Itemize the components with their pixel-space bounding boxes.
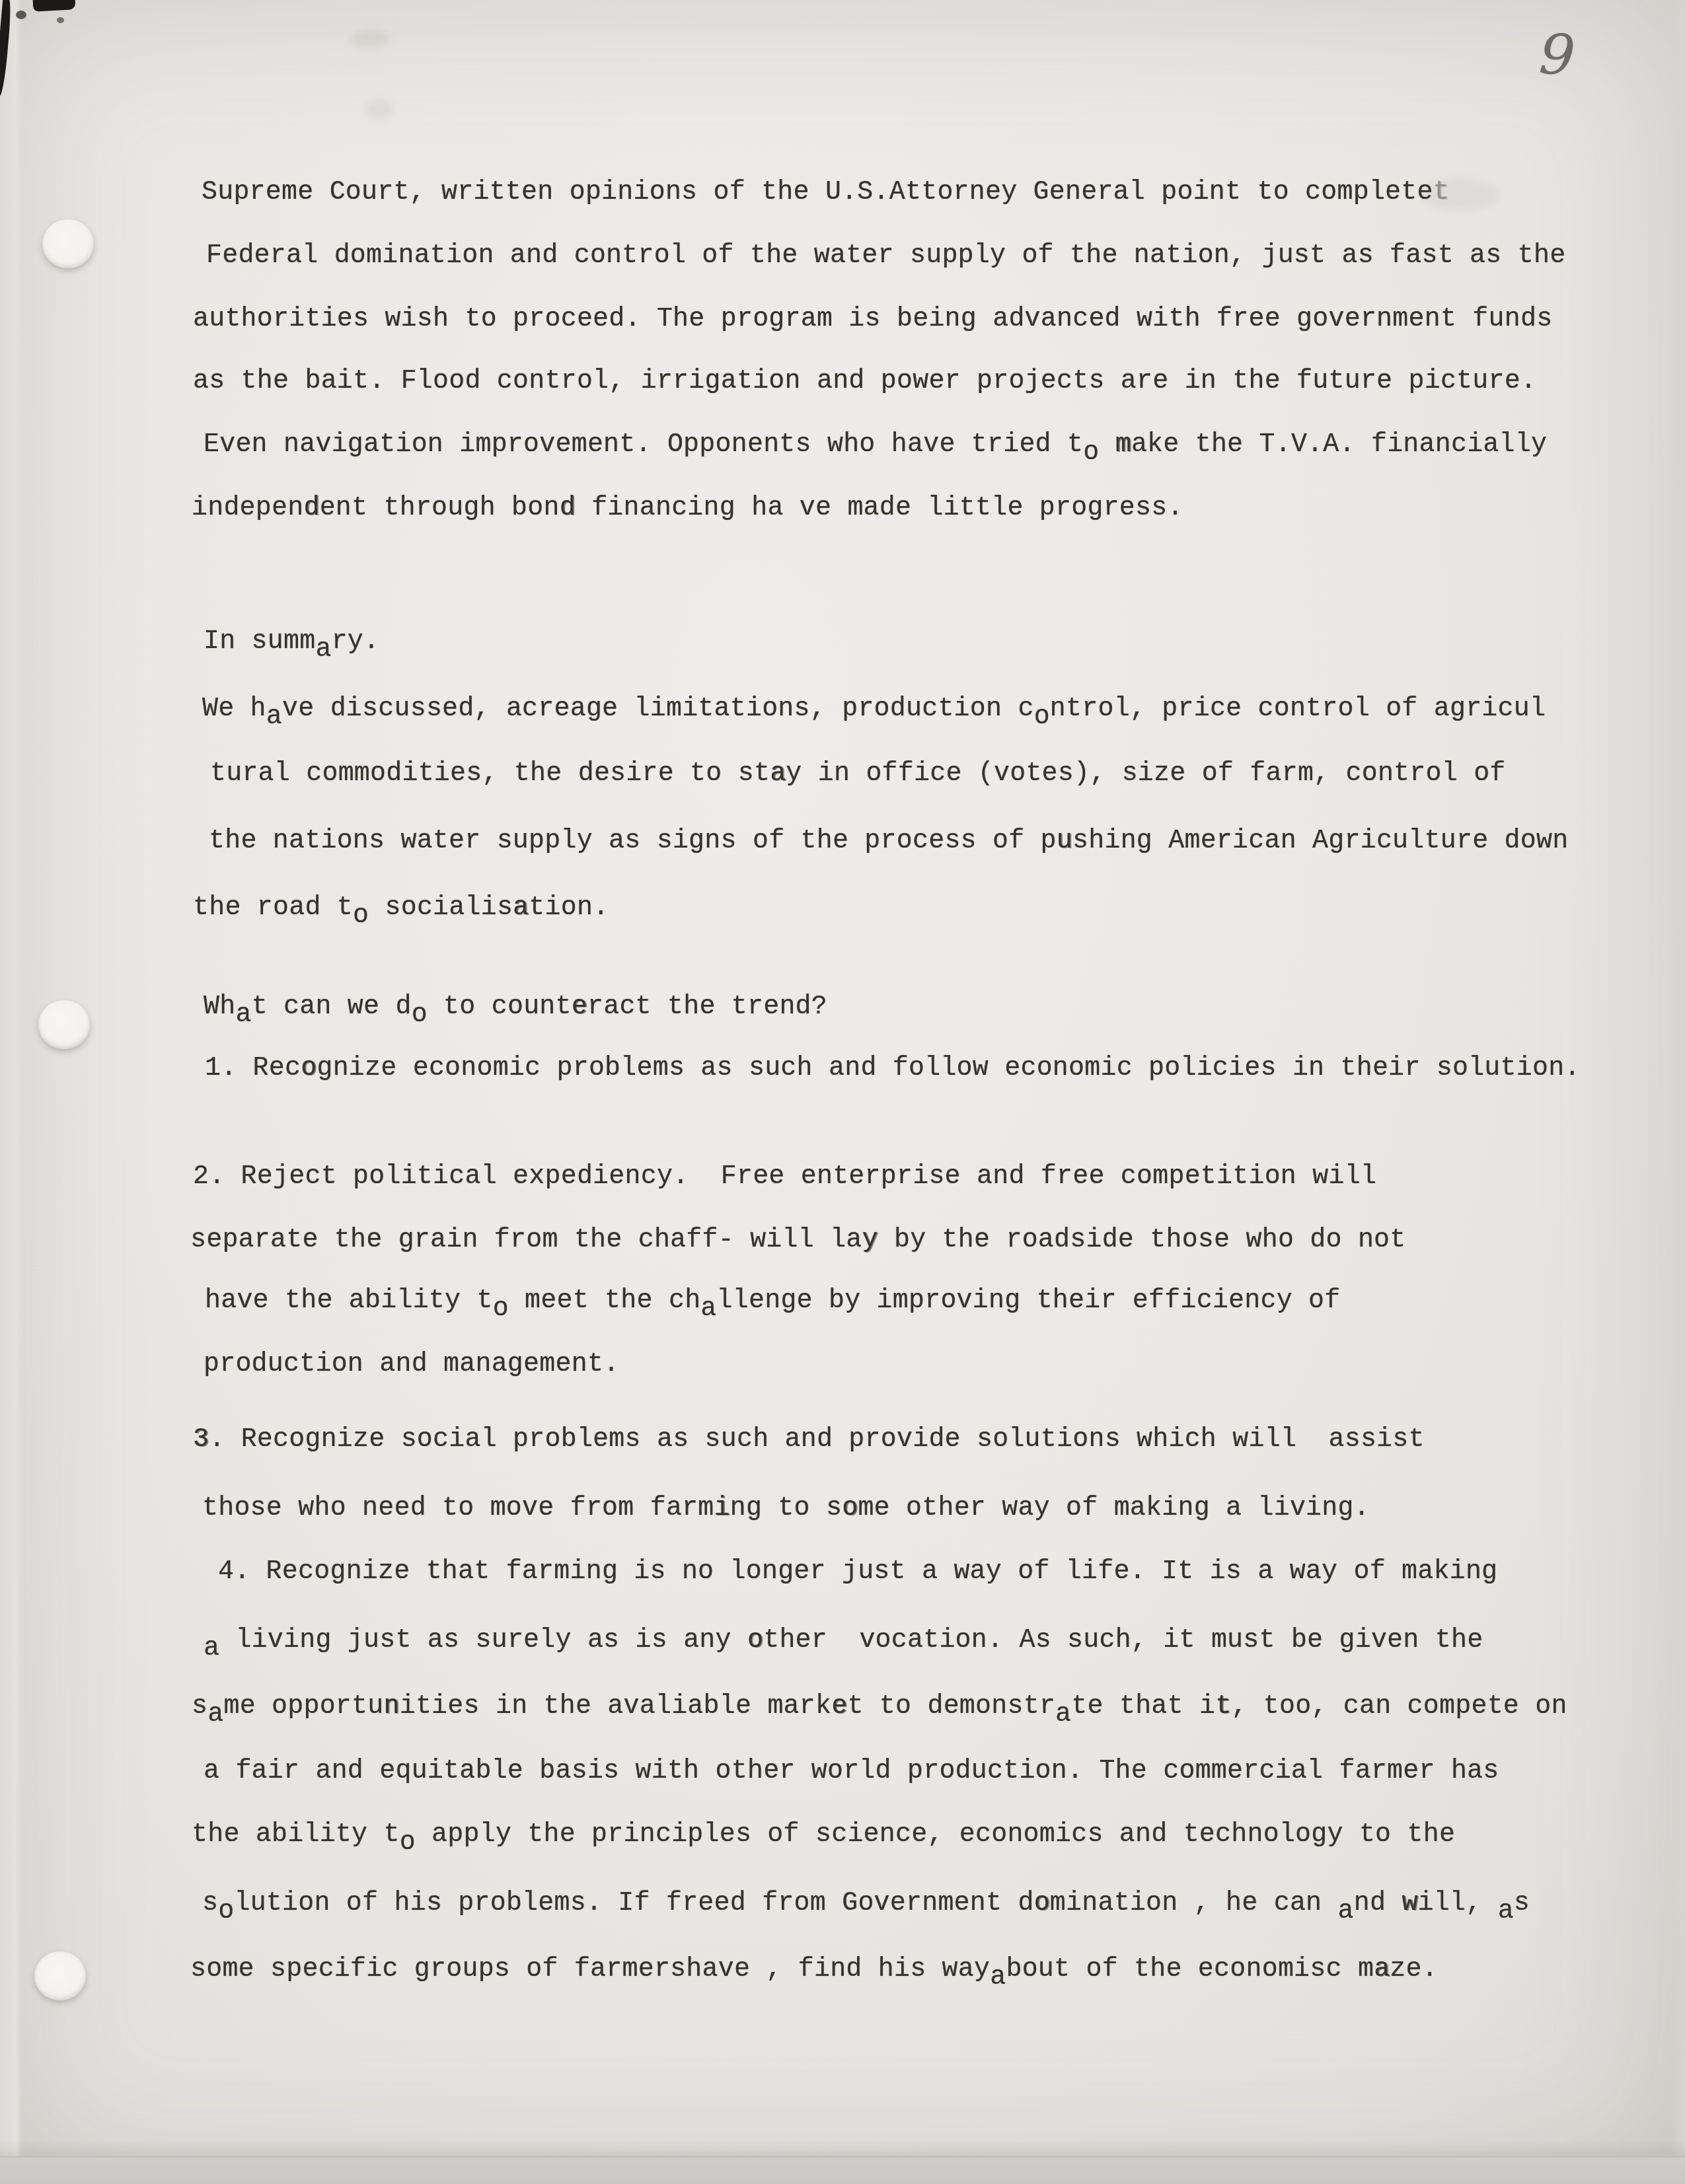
text-segment: apply the principles of science, economi… — [416, 1820, 1455, 1850]
text-segment: o — [218, 1897, 234, 1926]
text-segment: bout of the economisc m — [1006, 1955, 1374, 1984]
document-line: as the bait. Flood control, irrigation a… — [193, 369, 1536, 395]
text-segment: the nations water supply as signs of the… — [209, 826, 1057, 856]
text-segment: Wh — [204, 992, 235, 1022]
text-segment: o — [842, 1494, 858, 1523]
text-segment: ill, — [1418, 1889, 1498, 1918]
text-segment: indepen — [192, 493, 303, 523]
paper-right-edge-shadow — [1670, 0, 1685, 2184]
text-segment: socialis — [369, 893, 513, 923]
document-line: What can we do to counteract the trend? — [204, 994, 827, 1021]
text-segment: . Recognize social problems as such and … — [209, 1425, 1425, 1455]
text-segment: a fair and equitable basis with other wo… — [204, 1757, 1499, 1786]
text-segment: s — [202, 1889, 218, 1918]
document-line: In summary. — [204, 629, 379, 655]
document-line: some specific groups of farmershave , fi… — [190, 1957, 1438, 1983]
paper-left-edge-shadow — [0, 0, 22, 2184]
text-segment: the ability t — [192, 1820, 400, 1850]
text-segment: Supreme Court, written opinions of the U… — [202, 178, 1433, 207]
text-segment: d — [560, 493, 576, 523]
text-segment: o — [1034, 1889, 1050, 1918]
punch-hole — [42, 219, 94, 268]
text-segment: e — [572, 992, 587, 1022]
text-segment: those who need to move from farm — [202, 1494, 714, 1523]
text-segment: to count — [428, 992, 572, 1022]
document-line: authorities wish to proceed. The program… — [193, 307, 1552, 333]
text-segment: some specific groups of farmershave , fi… — [190, 1955, 990, 1984]
document-line: solution of his problems. If freed from … — [202, 1891, 1530, 1917]
text-segment: by the roadside those who do not — [878, 1225, 1406, 1255]
document-line: a living just as surely as is any other … — [204, 1628, 1483, 1654]
document-line: same opportunities in the avaliable mark… — [192, 1694, 1567, 1720]
text-segment: o — [1083, 438, 1099, 468]
document-line: have the ability to meet the challenge b… — [205, 1288, 1341, 1315]
text-segment: as the bait. Flood control, irrigation a… — [193, 367, 1536, 396]
text-segment: separate the grain from the chaff- will … — [190, 1225, 862, 1255]
text-segment: a — [204, 1634, 219, 1663]
text-segment: 3 — [193, 1425, 209, 1455]
text-segment: production and management. — [204, 1350, 619, 1379]
text-segment: o — [412, 1000, 428, 1030]
text-segment: nd — [1354, 1889, 1402, 1918]
document-line: 1. Recognize economic problems as such a… — [205, 1056, 1581, 1082]
text-segment: have the ability t — [205, 1286, 493, 1316]
text-segment: 4. Recognize that farming is no longer j… — [218, 1557, 1497, 1587]
text-segment: n — [383, 1692, 399, 1722]
text-segment: y — [862, 1225, 878, 1255]
text-segment: i — [714, 1494, 730, 1523]
punch-hole — [34, 1951, 86, 2000]
text-segment: te that i — [1071, 1692, 1215, 1722]
text-segment: a — [235, 1000, 251, 1030]
text-segment: ng to s — [730, 1494, 842, 1523]
text-segment: financing ha ve made little progress. — [576, 493, 1183, 523]
text-segment: living just as surely as is any — [219, 1626, 747, 1656]
text-segment: In summ — [204, 627, 315, 657]
corner-mark — [57, 17, 64, 23]
text-segment: o — [301, 1054, 317, 1083]
text-segment: a — [770, 759, 786, 789]
document-line: production and management. — [204, 1352, 619, 1378]
document-line: the nations water supply as signs of the… — [209, 828, 1568, 855]
text-segment: ities in the avaliable mark — [400, 1692, 832, 1722]
text-segment: 2. Reject political expediency. Free ent… — [193, 1162, 1376, 1192]
text-segment: We h — [202, 694, 266, 724]
document-line: the road to socialisation. — [193, 895, 609, 922]
document-line: Supreme Court, written opinions of the U… — [202, 180, 1449, 206]
text-segment: a — [315, 635, 331, 665]
text-segment: s — [192, 1692, 207, 1722]
document-line: a fair and equitable basis with other wo… — [204, 1759, 1499, 1785]
text-segment: , too, can compete on — [1231, 1692, 1567, 1722]
text-segment: o — [747, 1626, 763, 1656]
text-segment: me other way of making a living. — [858, 1494, 1370, 1523]
handwritten-page-number: 9 — [1538, 21, 1577, 88]
text-segment: o — [353, 901, 369, 931]
scan-bottom-band — [0, 2156, 1685, 2184]
text-segment: 1. Rec — [205, 1054, 301, 1083]
text-segment: shing American Agriculture down — [1072, 826, 1568, 856]
text-segment: a — [1498, 1897, 1514, 1926]
document-line: separate the grain from the chaff- will … — [190, 1227, 1406, 1254]
text-segment: gnize economic problems as such and foll… — [317, 1054, 1580, 1083]
text-segment: t — [1433, 178, 1449, 207]
text-segment: ther vocation. As such, it must be given… — [763, 1626, 1483, 1656]
document-line: We have discussed, acreage limitations, … — [202, 696, 1546, 723]
text-segment: t to demonstr — [847, 1692, 1055, 1722]
text-segment: llenge by improving their efficiency of — [717, 1286, 1341, 1316]
text-segment: ntrol, price control of agricul — [1050, 694, 1546, 724]
text-segment: mination , he can — [1050, 1889, 1338, 1918]
text-segment: a — [990, 1963, 1006, 1992]
corner-mark — [33, 0, 76, 12]
text-segment: meet the ch — [509, 1286, 700, 1316]
document-line: tural commodities, the desire to stay in… — [210, 761, 1506, 787]
punch-hole — [38, 1000, 90, 1049]
document-line: 4. Recognize that farming is no longer j… — [218, 1559, 1497, 1585]
corner-mark — [16, 11, 26, 19]
text-segment: o — [1034, 702, 1050, 732]
text-segment: tion. — [529, 893, 609, 923]
document-line: 2. Reject political expediency. Free ent… — [193, 1164, 1376, 1190]
document-line: 3. Recognize social problems as such and… — [193, 1427, 1425, 1453]
text-segment: d — [303, 493, 319, 523]
text-segment: the road t — [193, 893, 353, 923]
document-line: independent through bond financing ha ve… — [192, 495, 1183, 522]
text-segment: Even navigation improvement. Opponents w… — [204, 430, 1083, 460]
text-segment: ze. — [1390, 1955, 1438, 1984]
text-segment: a — [1338, 1897, 1354, 1926]
text-segment: Federal domination and control of the wa… — [206, 241, 1565, 271]
text-segment: o — [400, 1828, 416, 1858]
text-segment: u — [1057, 826, 1072, 856]
document-line: Federal domination and control of the wa… — [206, 243, 1565, 270]
text-segment: w — [1402, 1889, 1417, 1918]
text-segment: a — [1374, 1955, 1390, 1984]
text-segment: me opportu — [223, 1692, 383, 1722]
text-segment: ract the trend? — [587, 992, 827, 1022]
text-segment: t can we d — [252, 992, 412, 1022]
text-segment: a — [207, 1700, 223, 1729]
smudge-mark — [350, 30, 390, 48]
scanned-document-page: 9 Supreme Court, written opinions of the… — [0, 0, 1685, 2184]
text-segment: t — [1215, 1692, 1231, 1722]
text-segment: a — [1055, 1700, 1071, 1729]
document-line: Even navigation improvement. Opponents w… — [204, 432, 1547, 458]
text-segment: a — [266, 702, 282, 732]
text-segment: lution of his problems. If freed from Go… — [234, 1889, 1033, 1918]
document-line: the ability to apply the principles of s… — [192, 1822, 1455, 1848]
text-segment: a — [513, 893, 529, 923]
document-line: those who need to move from farming to s… — [202, 1496, 1370, 1522]
text-segment: s — [1514, 1889, 1530, 1918]
text-segment — [1099, 430, 1115, 460]
text-segment: m — [1115, 430, 1131, 460]
text-segment: tural commodities, the desire to st — [210, 759, 770, 789]
paper-bottom-shadow — [0, 2140, 1685, 2158]
text-segment: ry. — [332, 627, 380, 657]
smudge-mark — [365, 99, 394, 119]
text-segment: a — [700, 1294, 716, 1324]
text-segment: ve discussed, acreage limitations, produ… — [282, 694, 1034, 724]
text-segment: ent through bon — [320, 493, 560, 523]
text-segment: o — [493, 1294, 509, 1324]
text-segment: authorities wish to proceed. The program… — [193, 305, 1552, 334]
text-segment: y in office (votes), size of farm, contr… — [786, 759, 1505, 789]
text-segment: ake the T.V.A. financially — [1131, 430, 1547, 460]
text-segment: e — [831, 1692, 847, 1722]
